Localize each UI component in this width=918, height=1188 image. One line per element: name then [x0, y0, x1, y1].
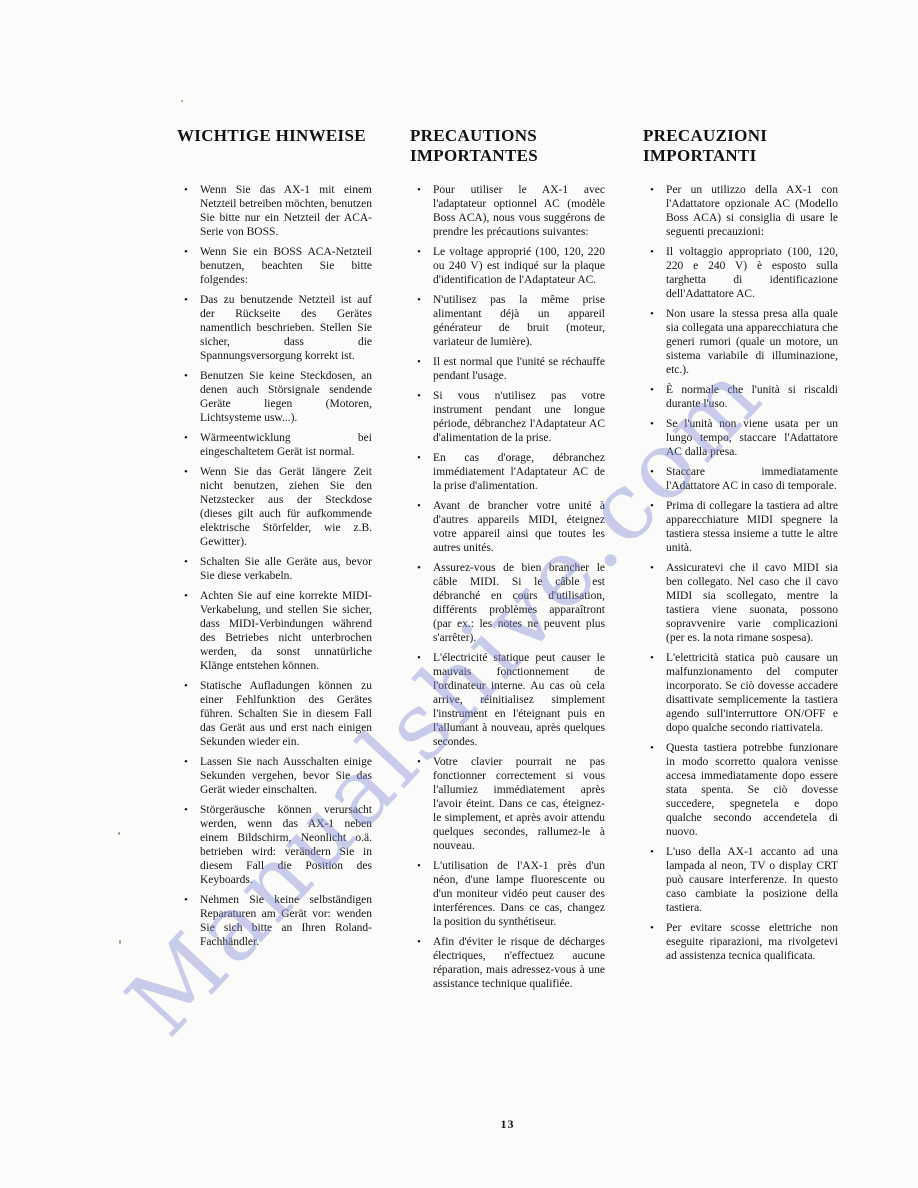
- bullet-icon: •: [417, 935, 421, 949]
- bullet-icon: •: [184, 893, 188, 907]
- manual-page: WICHTIGE HINWEISE •Wenn Sie das AX-1 mit…: [0, 0, 918, 1188]
- bullet-icon: •: [650, 921, 654, 935]
- precaution-item: •Non usare la stessa presa alla quale si…: [643, 307, 838, 377]
- precaution-text: L'elettricità statica può causare un mal…: [666, 652, 838, 734]
- precaution-item: •Schalten Sie alle Geräte aus, bevor Sie…: [177, 555, 372, 583]
- bullet-icon: •: [650, 245, 654, 259]
- columns-container: WICHTIGE HINWEISE •Wenn Sie das AX-1 mit…: [177, 126, 838, 997]
- precaution-item: •Das zu benutzende Netzteil ist auf der …: [177, 293, 372, 363]
- scan-speck: [119, 940, 121, 944]
- bullet-icon: •: [184, 465, 188, 479]
- precaution-item: •Se l'unità non viene usata per un lungo…: [643, 417, 838, 459]
- precaution-text: L'électricité statique peut causer le ma…: [433, 652, 605, 748]
- precaution-item: •Assurez-vous de bien brancher le câble …: [410, 561, 605, 645]
- precaution-text: Per evitare scosse elettriche non esegui…: [666, 922, 838, 962]
- language-column: PRECAUZIONI IMPORTANTI •Per un utilizzo …: [643, 126, 838, 969]
- precaution-item: •Questa tastiera potrebbe funzionare in …: [643, 741, 838, 839]
- bullet-icon: •: [650, 651, 654, 665]
- bullet-icon: •: [650, 561, 654, 575]
- bullet-icon: •: [650, 845, 654, 859]
- precaution-text: Das zu benutzende Netzteil ist auf der R…: [200, 294, 372, 362]
- precaution-text: Störgeräusche können verursacht werden, …: [200, 804, 372, 886]
- precaution-text: Afin d'éviter le risque de décharges éle…: [433, 936, 605, 990]
- bullet-icon: •: [184, 293, 188, 307]
- precaution-text: Assicuratevi che il cavo MIDI sia ben co…: [666, 562, 838, 644]
- precaution-text: Assurez-vous de bien brancher le câble M…: [433, 562, 605, 644]
- bullet-icon: •: [417, 293, 421, 307]
- precaution-item: •Le voltage approprié (100, 120, 220 ou …: [410, 245, 605, 287]
- precaution-text: Staccare immediatamente l'Adattatore AC …: [666, 466, 838, 492]
- precaution-item: •En cas d'orage, débranchez immédiatemen…: [410, 451, 605, 493]
- precaution-text: Pour utiliser le AX-1 avec l'adaptateur …: [433, 184, 605, 238]
- scan-speck: [118, 832, 120, 835]
- precaution-text: Benutzen Sie keine Steckdosen, an denen …: [200, 370, 372, 424]
- precaution-item: •Prima di collegare la tastiera ad altre…: [643, 499, 838, 555]
- precaution-item: •Per un utilizzo della AX-1 con l'Adatta…: [643, 183, 838, 239]
- precaution-text: Nehmen Sie keine selbständigen Reparatur…: [200, 894, 372, 948]
- precaution-item: •Afin d'éviter le risque de décharges él…: [410, 935, 605, 991]
- precaution-item: •Staccare immediatamente l'Adattatore AC…: [643, 465, 838, 493]
- precaution-item: •N'utilisez pas la même prise alimentant…: [410, 293, 605, 349]
- precaution-item: •Statische Aufladungen können zu einer F…: [177, 679, 372, 749]
- precaution-text: Le voltage approprié (100, 120, 220 ou 2…: [433, 246, 605, 286]
- bullet-icon: •: [184, 679, 188, 693]
- precaution-item: •Achten Sie auf eine korrekte MIDI-Verka…: [177, 589, 372, 673]
- page-number: 13: [177, 1117, 838, 1132]
- precaution-item: •L'électricité statique peut causer le m…: [410, 651, 605, 749]
- precaution-text: En cas d'orage, débranchez immédiatement…: [433, 452, 605, 492]
- precaution-text: Si vous n'utilisez pas votre instrument …: [433, 390, 605, 444]
- precaution-item: •Pour utiliser le AX-1 avec l'adaptateur…: [410, 183, 605, 239]
- column-title: PRECAUZIONI IMPORTANTI: [643, 126, 838, 170]
- bullet-icon: •: [650, 183, 654, 197]
- precaution-text: Wenn Sie ein BOSS ACA-Netzteil benutzen,…: [200, 246, 372, 286]
- bullet-icon: •: [650, 465, 654, 479]
- language-column: PRECAUTIONS IMPORTANTES •Pour utiliser l…: [410, 126, 605, 997]
- precaution-text: Statische Aufladungen können zu einer Fe…: [200, 680, 372, 748]
- bullet-icon: •: [417, 389, 421, 403]
- bullet-icon: •: [184, 183, 188, 197]
- precautions-list: •Per un utilizzo della AX-1 con l'Adatta…: [643, 183, 838, 963]
- precaution-item: •Benutzen Sie keine Steckdosen, an denen…: [177, 369, 372, 425]
- bullet-icon: •: [184, 245, 188, 259]
- bullet-icon: •: [650, 499, 654, 513]
- precaution-text: L'uso della AX-1 accanto ad una lampada …: [666, 846, 838, 914]
- precaution-text: Il est normal que l'unité se réchauffe p…: [433, 356, 605, 382]
- precaution-text: Wärmeentwicklung bei eingeschaltetem Ger…: [200, 432, 372, 458]
- bullet-icon: •: [417, 499, 421, 513]
- precaution-item: •Wenn Sie das Gerät längere Zeit nicht b…: [177, 465, 372, 549]
- column-title: WICHTIGE HINWEISE: [177, 126, 372, 170]
- bullet-icon: •: [417, 451, 421, 465]
- precaution-item: •Per evitare scosse elettriche non esegu…: [643, 921, 838, 963]
- precaution-text: L'utilisation de l'AX-1 près d'un néon, …: [433, 860, 605, 928]
- bullet-icon: •: [650, 383, 654, 397]
- precaution-text: Il voltaggio appropriato (100, 120, 220 …: [666, 246, 838, 300]
- precaution-text: Wenn Sie das AX-1 mit einem Netzteil bet…: [200, 184, 372, 238]
- precaution-text: Lassen Sie nach Ausschalten einige Sekun…: [200, 756, 372, 796]
- precaution-text: Avant de brancher votre unité à d'autres…: [433, 500, 605, 554]
- precaution-text: Prima di collegare la tastiera ad altre …: [666, 500, 838, 554]
- precaution-item: •Störgeräusche können verursacht werden,…: [177, 803, 372, 887]
- precaution-item: •Wärmeentwicklung bei eingeschaltetem Ge…: [177, 431, 372, 459]
- precaution-item: •Assicuratevi che il cavo MIDI sia ben c…: [643, 561, 838, 645]
- bullet-icon: •: [650, 417, 654, 431]
- bullet-icon: •: [417, 245, 421, 259]
- precaution-text: Votre clavier pourrait ne pas fonctionne…: [433, 756, 605, 852]
- precaution-item: •Avant de brancher votre unité à d'autre…: [410, 499, 605, 555]
- bullet-icon: •: [417, 561, 421, 575]
- precaution-item: •Wenn Sie ein BOSS ACA-Netzteil benutzen…: [177, 245, 372, 287]
- precaution-item: •Nehmen Sie keine selbständigen Reparatu…: [177, 893, 372, 949]
- precaution-item: •Wenn Sie das AX-1 mit einem Netzteil be…: [177, 183, 372, 239]
- language-column: WICHTIGE HINWEISE •Wenn Sie das AX-1 mit…: [177, 126, 372, 955]
- bullet-icon: •: [417, 755, 421, 769]
- bullet-icon: •: [184, 431, 188, 445]
- precaution-text: Non usare la stessa presa alla quale sia…: [666, 308, 838, 376]
- precaution-text: È normale che l'unità si riscaldi durant…: [666, 384, 838, 410]
- precaution-text: Schalten Sie alle Geräte aus, bevor Sie …: [200, 556, 372, 582]
- precaution-text: Se l'unità non viene usata per un lungo …: [666, 418, 838, 458]
- bullet-icon: •: [417, 183, 421, 197]
- precautions-list: •Pour utiliser le AX-1 avec l'adaptateur…: [410, 183, 605, 991]
- precaution-item: •Lassen Sie nach Ausschalten einige Seku…: [177, 755, 372, 797]
- precautions-list: •Wenn Sie das AX-1 mit einem Netzteil be…: [177, 183, 372, 949]
- precaution-text: Wenn Sie das Gerät längere Zeit nicht be…: [200, 466, 372, 548]
- precaution-item: •Votre clavier pourrait ne pas fonctionn…: [410, 755, 605, 853]
- precaution-text: Questa tastiera potrebbe funzionare in m…: [666, 742, 838, 838]
- bullet-icon: •: [184, 369, 188, 383]
- precaution-item: •L'elettricità statica può causare un ma…: [643, 651, 838, 735]
- precaution-item: •Si vous n'utilisez pas votre instrument…: [410, 389, 605, 445]
- precaution-item: •L'utilisation de l'AX-1 près d'un néon,…: [410, 859, 605, 929]
- precaution-text: Per un utilizzo della AX-1 con l'Adattat…: [666, 184, 838, 238]
- bullet-icon: •: [650, 741, 654, 755]
- precaution-text: Achten Sie auf eine korrekte MIDI-Verkab…: [200, 590, 372, 672]
- bullet-icon: •: [417, 859, 421, 873]
- precaution-item: •Il est normal que l'unité se réchauffe …: [410, 355, 605, 383]
- precaution-item: •È normale che l'unità si riscaldi duran…: [643, 383, 838, 411]
- scan-speck: [181, 100, 183, 102]
- precaution-text: N'utilisez pas la même prise alimentant …: [433, 294, 605, 348]
- precaution-item: •Il voltaggio appropriato (100, 120, 220…: [643, 245, 838, 301]
- bullet-icon: •: [184, 803, 188, 817]
- bullet-icon: •: [184, 589, 188, 603]
- bullet-icon: •: [417, 355, 421, 369]
- column-title: PRECAUTIONS IMPORTANTES: [410, 126, 605, 170]
- bullet-icon: •: [650, 307, 654, 321]
- bullet-icon: •: [184, 755, 188, 769]
- bullet-icon: •: [417, 651, 421, 665]
- bullet-icon: •: [184, 555, 188, 569]
- precaution-item: •L'uso della AX-1 accanto ad una lampada…: [643, 845, 838, 915]
